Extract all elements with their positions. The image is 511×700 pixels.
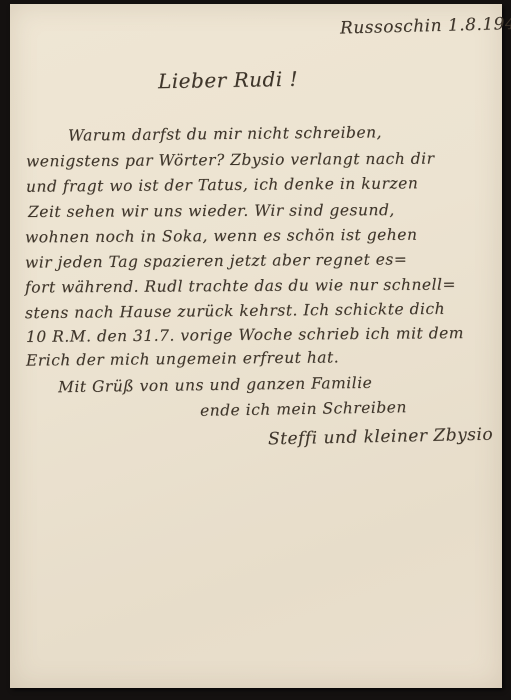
handwritten-line: Zeit sehen wir uns wieder. Wir sind gesu… xyxy=(28,198,395,225)
letter-dateline: Russoschin 1.8.1940. xyxy=(340,13,511,38)
letter-closing-line: Mit Grüß von uns und ganzen Familie xyxy=(58,374,373,396)
handwritten-line: Erich der mich ungemein erfreut hat. xyxy=(26,345,339,373)
handwritten-line: Warum darfst du mir nicht schreiben, xyxy=(68,120,382,148)
handwritten-line: wohnen noch in Soka, wenn es schön ist g… xyxy=(25,223,418,251)
letter-closing-line: ende ich mein Schreiben xyxy=(200,398,407,420)
handwritten-line: fort während. Rudl trachte das du wie nu… xyxy=(25,272,456,300)
letter-signature: Steffi und kleiner Zbysio xyxy=(268,425,493,450)
photo-background: Russoschin 1.8.1940. Lieber Rudi ! Warum… xyxy=(0,0,511,700)
handwritten-line: und fragt wo ist der Tatus, ich denke in… xyxy=(26,171,419,199)
letter-salutation: Lieber Rudi ! xyxy=(158,67,299,93)
letter-paper: Russoschin 1.8.1940. Lieber Rudi ! Warum… xyxy=(10,4,502,688)
handwritten-line: wir jeden Tag spazieren jetzt aber regne… xyxy=(25,247,408,275)
handwritten-line: wenigstens par Wörter? Zbysio verlangt n… xyxy=(26,147,435,175)
